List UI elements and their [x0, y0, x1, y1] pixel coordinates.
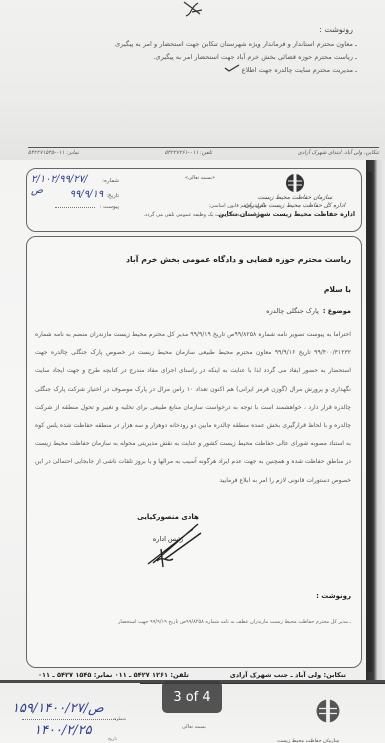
letter-body: ریاست محترم حوزه قضایی و دادگاه عمومی بخ… — [26, 236, 362, 668]
signature-block: هادی منصورکیایی رئیس اداره — [103, 513, 233, 543]
signature-icon — [143, 519, 203, 569]
cc-item-text: ـ مدیریت محترم سایت چالدره جهت اطلاع — [242, 66, 357, 74]
previous-page: رونوشت : ـ معاون محترم استاندار و فرماند… — [0, 0, 385, 160]
cc-title: رونوشت : — [319, 25, 353, 34]
letter-meta: شماره: ۲/۱۰۲/۹۹/۲۷/ص تاریخ: ۹۹/۹/۱۹ پیوس… — [31, 174, 119, 219]
addressee: ریاست محترم حوزه قضایی و دادگاه عمومی بخ… — [126, 255, 351, 264]
footer-address: تنکابن، ولی آباد، ابتدای شهرک آزادی — [298, 150, 379, 156]
letter-paragraph: احتراما به پیوست تصویر نامه شماره ۹۹/۸۲۵… — [35, 326, 351, 490]
constitution-article-title: اصل پنجاهم قانون اساسی: — [135, 203, 265, 209]
date-value: ۹۹/۹/۱۹ — [70, 189, 104, 200]
attachment-blank — [55, 207, 95, 208]
footer-phones: تلفن: ۱۲۶۱ ۵۴۲۷ ـ ۰۱۱ نمابر: ۱۵۴۵ ۵۴۲۷ ـ… — [38, 671, 189, 679]
subject: موضوع :پارک جنگلی چالدره — [266, 307, 351, 315]
bismillah: «بسمه تعالی» — [135, 175, 265, 181]
letter-number: شماره: ۲/۱۰۲/۹۹/۲۷/ص — [31, 174, 119, 189]
letterhead: سازمان حفاظت محیط زیست اداره کل حفاظت مح… — [26, 168, 362, 232]
page-edge — [366, 160, 385, 680]
doe-logo-icon — [285, 172, 305, 194]
greeting: با سلام — [324, 285, 351, 294]
next-date-value: ۱۴۰۰/۲/۲۵ — [34, 723, 92, 738]
subject-value: پارک جنگلی چالدره — [266, 307, 319, 315]
cc-item: ـ ریاست محترم حوزه قضائی بخش خرم آباد جه… — [57, 51, 357, 64]
footer-address: تنکابن: ولی آباد ـ جنب شهرک آزادی — [230, 671, 346, 679]
signature-scribble-icon — [178, 0, 210, 18]
previous-page-footer: تنکابن، ولی آباد، ابتدای شهرک آزادی تلفن… — [28, 147, 379, 156]
footer-fax: نمابر: ۰۱۱-۵۴۲۲۷۱۵۴۵ — [28, 150, 79, 156]
bismillah: بسمه تعالی — [182, 724, 206, 730]
subject-label: موضوع : — [323, 307, 351, 315]
number-blank — [22, 719, 122, 720]
cc-item: ـ معاون محترم استاندار و فرماندار ویژه ش… — [57, 38, 357, 51]
next-number-value: ص/۱۵۹/۱۴۰۰/۲۷ — [12, 701, 104, 716]
letter-attachment: پیوست : — [31, 204, 119, 219]
constitution-article-text: حفاظت از محیط زیست یک وظیفه عمومی تلقی م… — [135, 212, 265, 218]
cc-item: ـ مدیریت محترم سایت چالدره جهت اطلاع — [57, 64, 357, 77]
next-number-label: شماره — [114, 717, 126, 722]
attachment-label: پیوست : — [99, 204, 119, 210]
cc-title: رونوشت : — [316, 592, 351, 600]
date-label: تاریخ: — [106, 193, 119, 199]
number-label: شماره: — [102, 178, 119, 184]
next-date-label: تاریخ — [108, 737, 117, 742]
letter-page: سازمان حفاظت محیط زیست اداره کل حفاظت مح… — [0, 160, 366, 680]
doe-logo-icon — [315, 697, 341, 725]
footer-phone: تلفن: ۰۱۱-۵۴۲۲۷۲۶۱ — [165, 150, 212, 156]
cc-list: ـ معاون محترم استاندار و فرماندار ویژه ش… — [57, 38, 357, 77]
page-indicator: 3 of 4 — [162, 681, 222, 713]
cc-item: ـ مدیر کل محترم حفاظت محیط زیست مازندران… — [118, 619, 351, 625]
letterhead-center: «بسمه تعالی» اصل پنجاهم قانون اساسی: حفا… — [135, 172, 265, 218]
checkmark-icon — [224, 64, 240, 72]
letter-footer: تنکابن: ولی آباد ـ جنب شهرک آزادی تلفن: … — [38, 671, 346, 679]
org-line-1: سازمان حفاظت محیط زیست — [277, 738, 339, 743]
